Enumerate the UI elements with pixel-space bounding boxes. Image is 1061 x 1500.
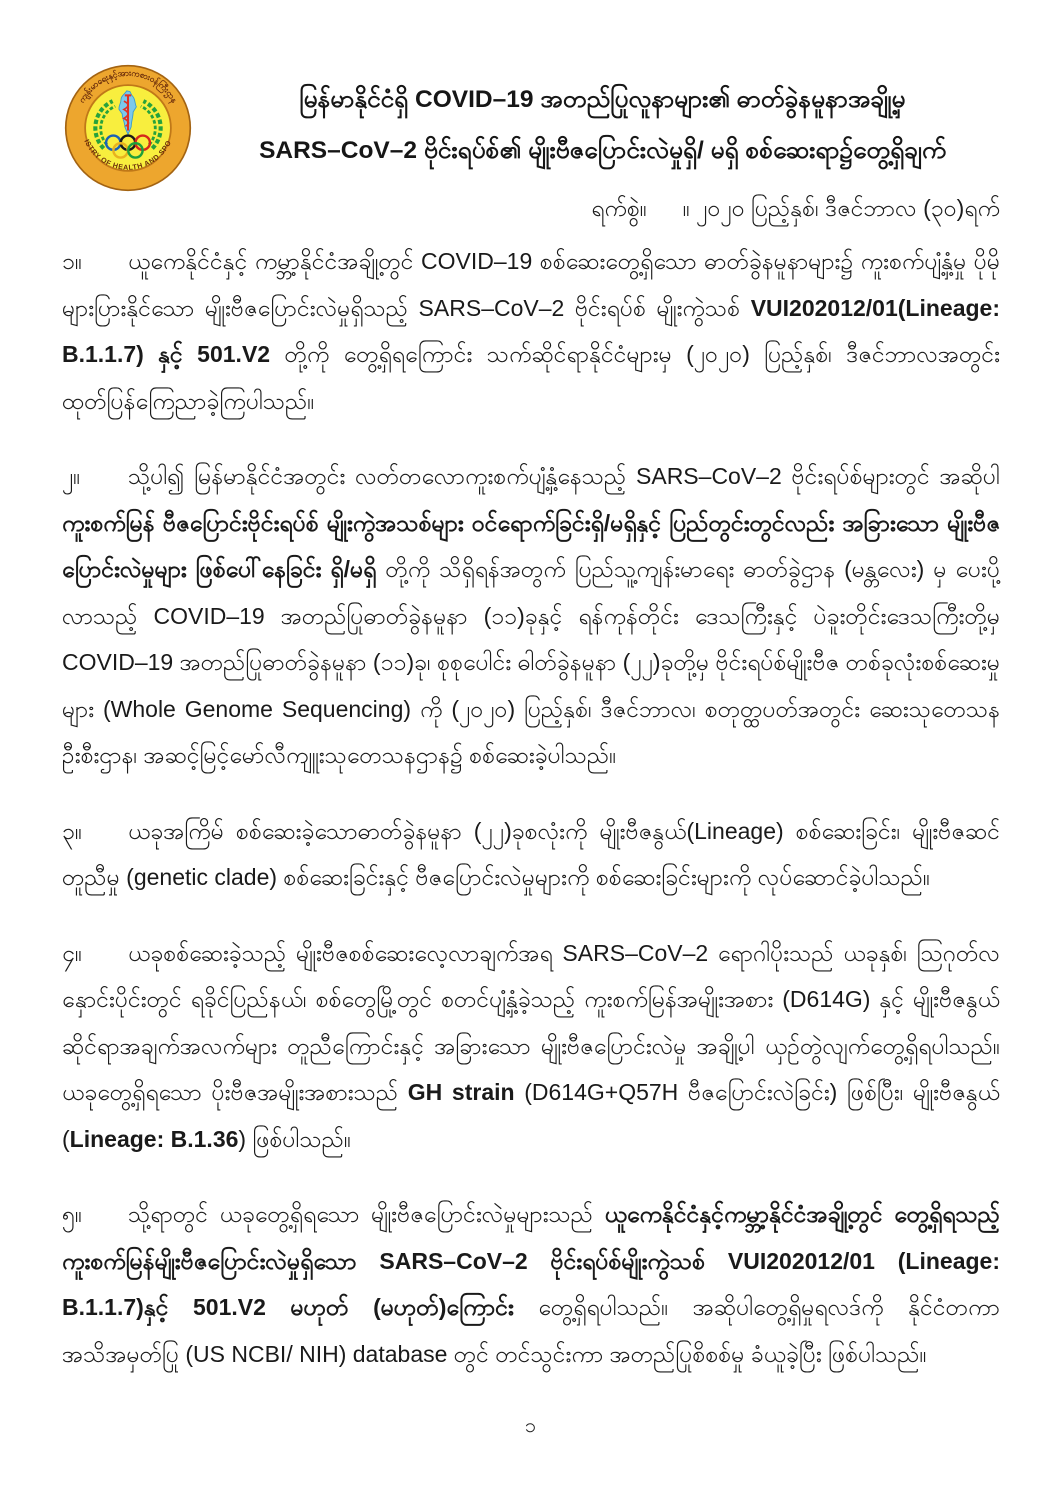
paragraph-2: ၂။သို့ပါ၍ မြန်မာနိုင်ငံအတွင်း လတ်တလောကူး… [62, 453, 1000, 779]
title-line-2: SARS–CoV–2 ဗိုင်းရပ်စ်၏ မျိုးဗီဇပြောင်းလ… [196, 125, 1009, 176]
paragraph-1-text: ယူကေနိုင်ငံနှင့် ကမ္ဘာ့နိုင်ငံအချို့တွင်… [62, 248, 1000, 414]
paragraph-4-number: ၄။ [62, 930, 128, 977]
paragraph-5-text: သို့ရာတွင် ယခုတွေ့ရှိရသော မျိုးဗီဇပြောင်… [62, 1201, 1000, 1367]
document-body: ၁။ယူကေနိုင်ငံနှင့် ကမ္ဘာ့နိုင်ငံအချို့တွ… [62, 238, 1000, 1406]
text-segment: သို့ပါ၍ မြန်မာနိုင်ငံအတွင်း လတ်တလောကူးစက… [128, 463, 1000, 489]
paragraph-1-number: ၁။ [62, 238, 128, 285]
ministry-of-health-and-sports-seal: ကျန်းမာရေးနှင့်အားကစားဝန်ကြီးဌာန MINISTR… [64, 64, 192, 192]
paragraph-5-number: ၅။ [62, 1191, 128, 1238]
text-segment: တို့ကို သိရှိရန်အတွက် ပြည်သူ့ကျန်းမာရေး … [62, 556, 1000, 768]
paragraph-3-number: ၃။ [62, 808, 128, 855]
paragraph-3: ၃။ယခုအကြိမ် စစ်ဆေးခဲ့သောဓာတ်ခွဲနမူနာ (၂၂… [62, 808, 1000, 901]
date-line: ရက်စွဲ။။ ၂၀၂၀ ပြည့်နှစ်၊ ဒီဇင်ဘာလ (၃၀)ရက… [62, 188, 1000, 228]
document-title: မြန်မာနိုင်ငံရှိ COVID–19 အတည်ပြုလူနာမျာ… [196, 74, 1009, 176]
paragraph-4: ၄။ယခုစစ်ဆေးခဲ့သည့် မျိုးဗီဇစစ်ဆေးလေ့လာချ… [62, 930, 1000, 1163]
title-line-1: မြန်မာနိုင်ငံရှိ COVID–19 အတည်ပြုလူနာမျာ… [196, 74, 1009, 125]
document-page: ကျန်းမာရေးနှင့်အားကစားဝန်ကြီးဌာန MINISTR… [0, 0, 1061, 1500]
text-segment: ယခုအကြိမ် စစ်ဆေးခဲ့သောဓာတ်ခွဲနမူနာ (၂၂)ခ… [62, 818, 1000, 891]
paragraph-1: ၁။ယူကေနိုင်ငံနှင့် ကမ္ဘာ့နိုင်ငံအချို့တွ… [62, 238, 1000, 424]
paragraph-3-text: ယခုအကြိမ် စစ်ဆေးခဲ့သောဓာတ်ခွဲနမူနာ (၂၂)ခ… [62, 818, 1000, 891]
paragraph-2-number: ၂။ [62, 453, 128, 500]
paragraph-2-text: သို့ပါ၍ မြန်မာနိုင်ငံအတွင်း လတ်တလောကူးစက… [62, 463, 1000, 768]
paragraph-4-text: ယခုစစ်ဆေးခဲ့သည့် မျိုးဗီဇစစ်ဆေးလေ့လာချက်… [62, 940, 1000, 1152]
paragraph-5: ၅။သို့ရာတွင် ယခုတွေ့ရှိရသော မျိုးဗီဇပြော… [62, 1191, 1000, 1377]
text-segment: ) ဖြစ်ပါသည်။ [238, 1126, 351, 1152]
page-number: ၁ [0, 1412, 1061, 1442]
date-label: ရက်စွဲ။ [591, 195, 647, 221]
bold-text-segment: GH strain [408, 1079, 515, 1105]
bold-text-segment: Lineage: B.1.36 [70, 1126, 239, 1152]
date-value: ။ ၂၀၂၀ ပြည့်နှစ်၊ ဒီဇင်ဘာလ (၃၀)ရက် [683, 195, 1000, 221]
text-segment: သို့ရာတွင် ယခုတွေ့ရှိရသော မျိုးဗီဇပြောင်… [128, 1201, 605, 1227]
